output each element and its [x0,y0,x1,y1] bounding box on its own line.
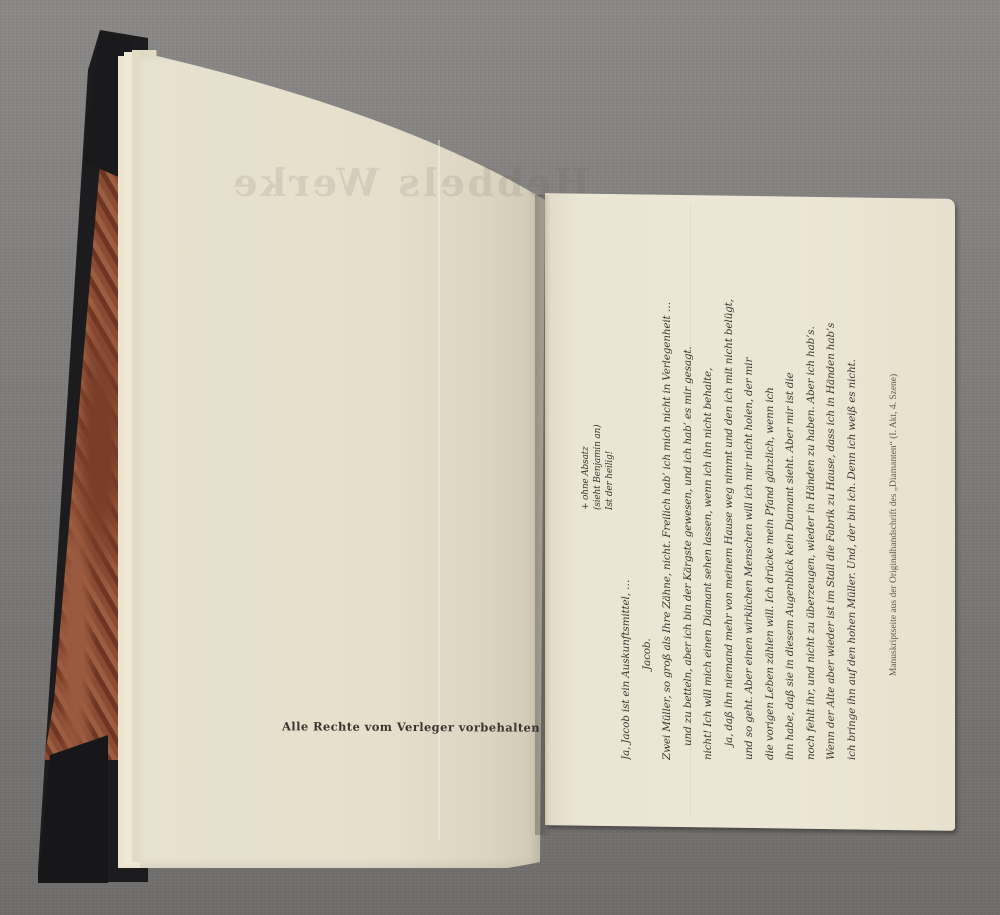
manuscript-line: ja, daß ihn niemand mehr von meinem Haus… [719,268,740,760]
manuscript-line: noch fehlt ihr, und nicht zu überzeugen,… [801,268,822,760]
copyright-imprint: Alle Rechte vom Verleger vorbehalten [282,719,540,734]
manuscript-line: ich bringe ihn auf den hohen Müller. Und… [842,268,863,760]
manuscript-opening-line: Ja, Jacob ist ein Auskunftsmittel, … [616,268,637,760]
stage-direction: + ohne Absatz [580,268,592,760]
stage-direction: Ist der heilig! [604,268,616,760]
gutter-shadow [535,195,551,835]
manuscript-line: Wenn der Alte aber wieder ist im Stall d… [821,268,842,760]
handwritten-manuscript: + ohne Absatz (sieht Benjamin an) Ist de… [580,268,880,760]
manuscript-line: nicht! Ich will mich einen Diamant sehen… [698,268,719,760]
page-fold-line [438,140,440,840]
plate-caption: Manuskriptseite aus der Originalhandschr… [889,374,899,676]
speaker-name: Jacob. [637,268,658,760]
manuscript-line: und zu betteln, aber ich bin der Kärgste… [678,268,699,760]
manuscript-line: Zwei Müller, so groß als Ihre Zähne, nic… [657,268,678,760]
manuscript-line: ihn habe, daß sie in diesem Augenblick k… [780,268,801,760]
manuscript-line: die vorigen Leben zählen will. Ich drück… [760,268,781,760]
stage-direction: (sieht Benjamin an) [592,268,604,760]
manuscript-line: und so geht. Aber einen wirklichen Mensc… [739,268,760,760]
book-photo: Hebbels Werke Alle Rechte vom Verleger v… [0,0,1000,915]
